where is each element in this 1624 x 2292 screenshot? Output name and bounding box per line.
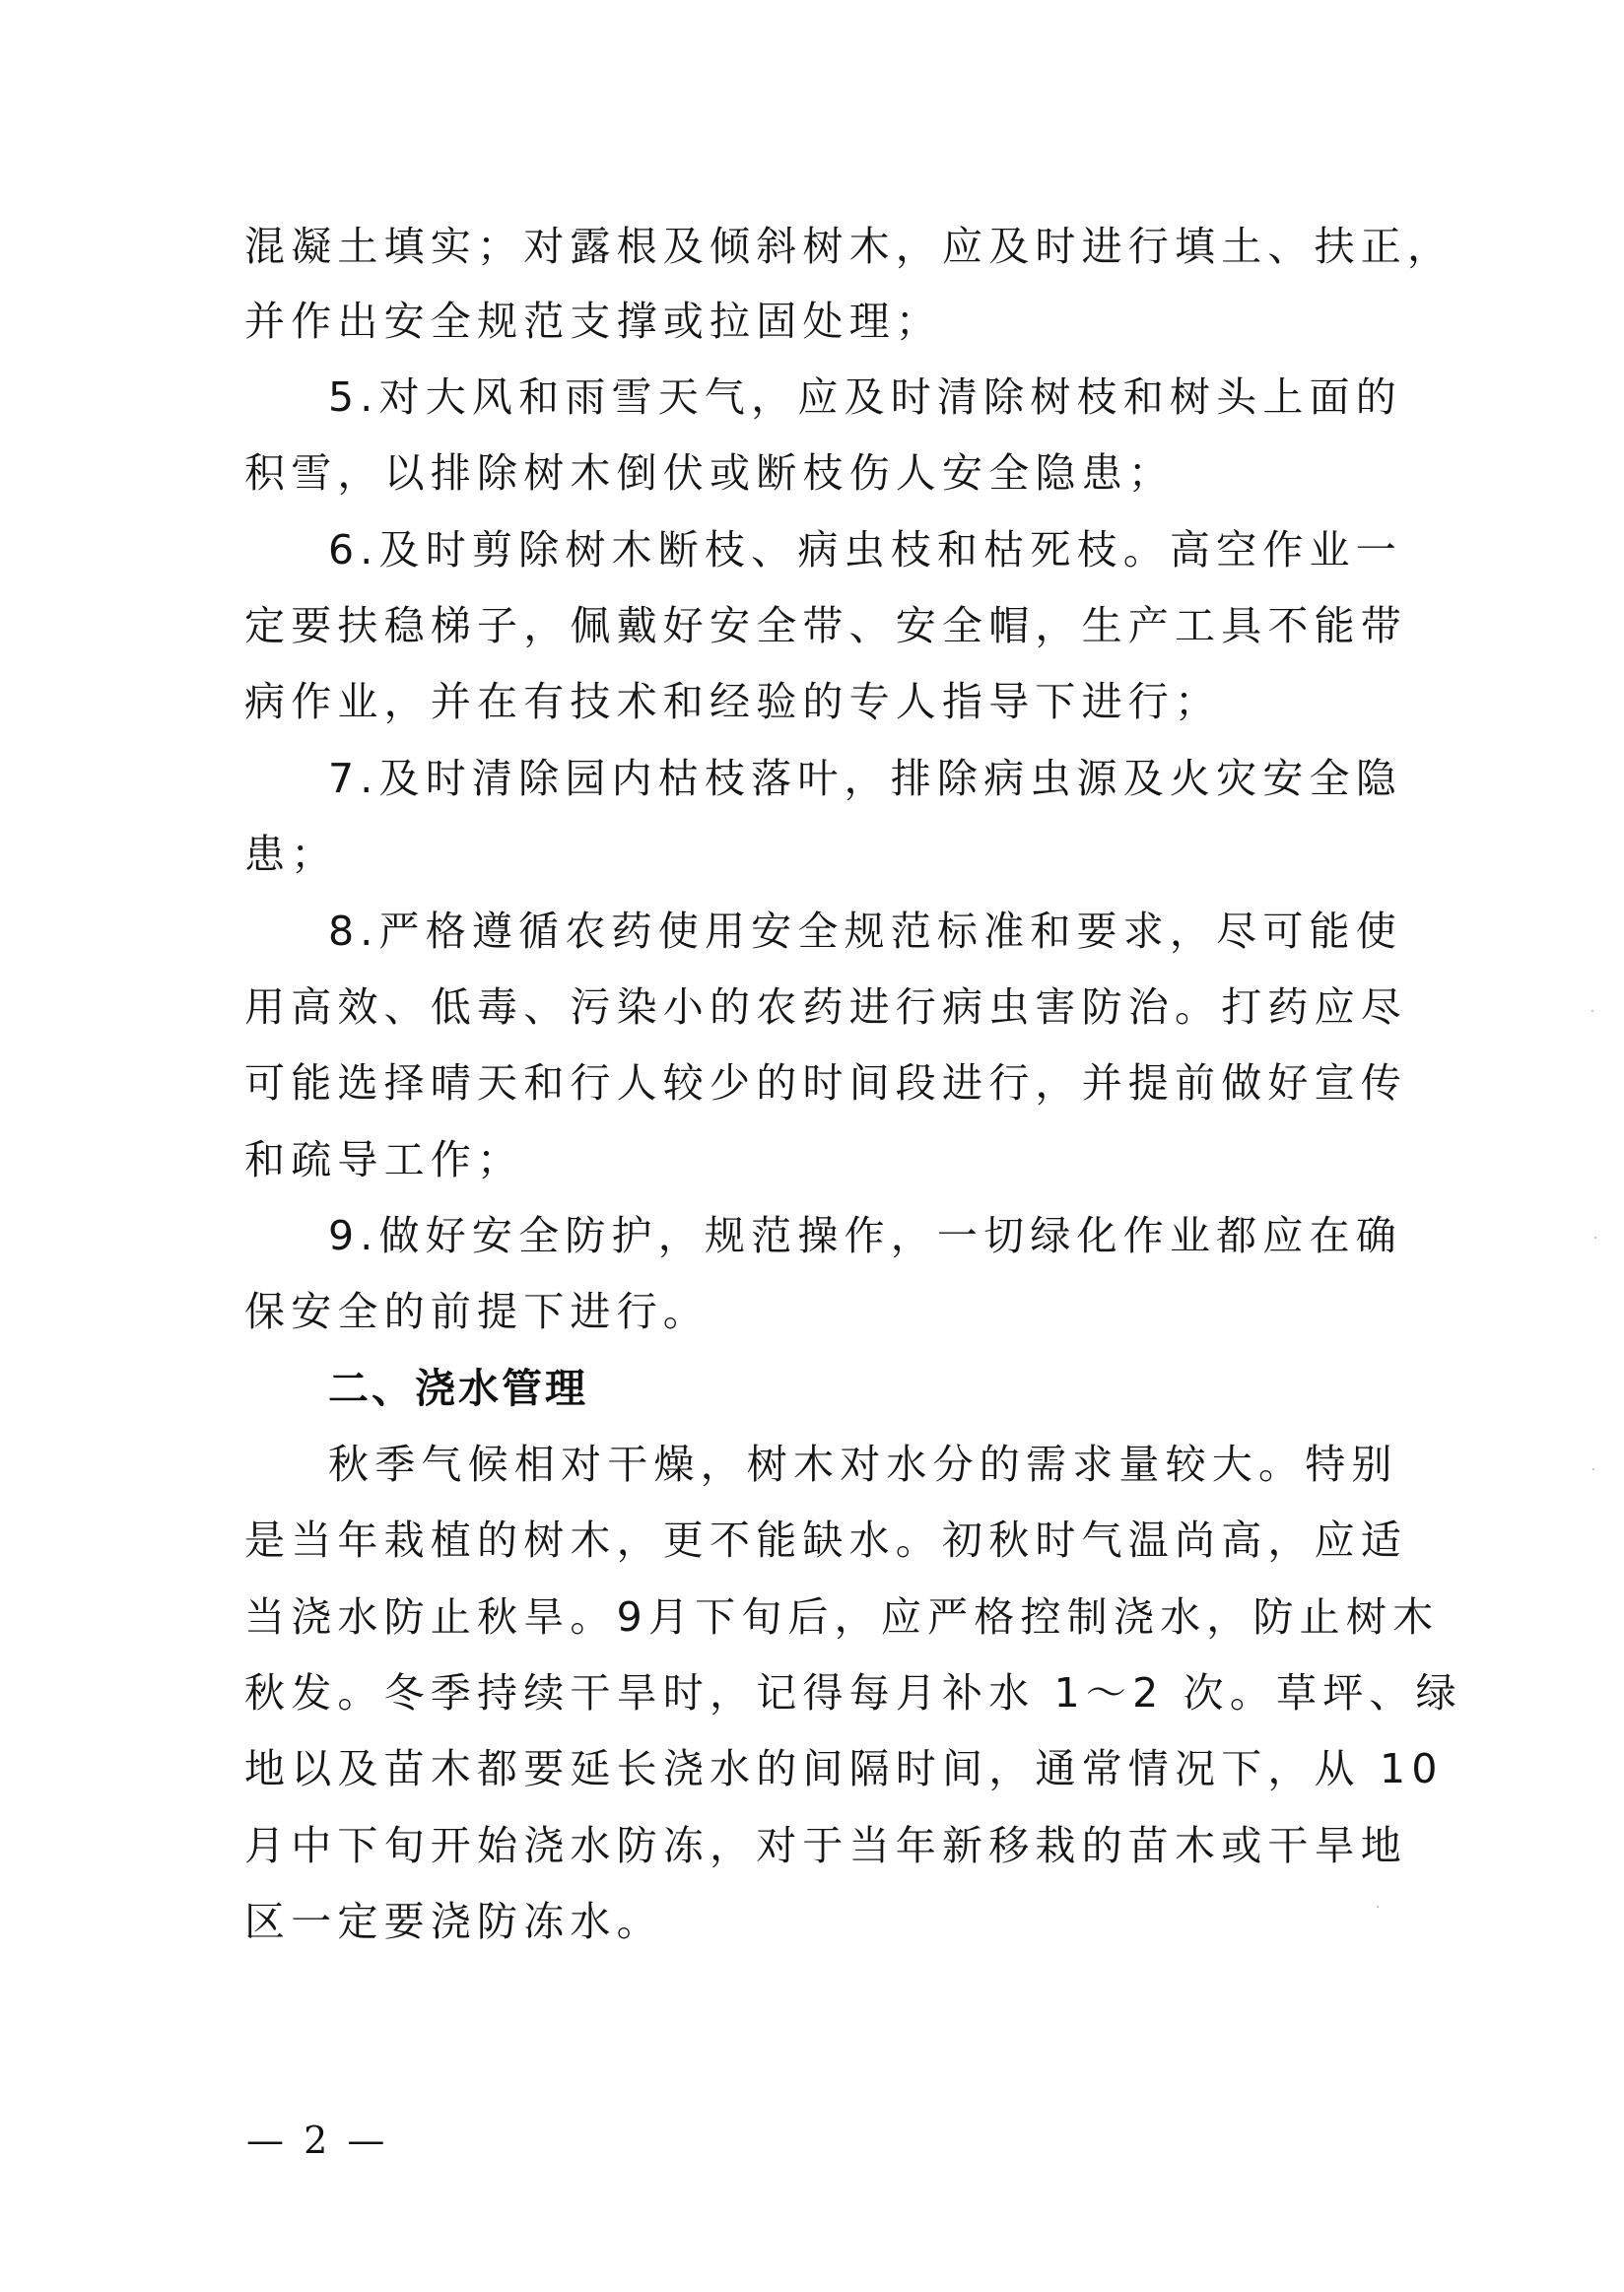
- text-line: 可能选择晴天和行人较少的时间段进行，并提前做好宣传: [244, 1055, 1407, 1111]
- text-line: 用高效、低毒、污染小的农药进行病虫害防治。打药应尽: [244, 979, 1407, 1035]
- scan-artifact: [1594, 1237, 1596, 1239]
- text-line: 病作业，并在有技术和经验的专人指导下进行；: [244, 674, 1221, 729]
- list-item-7: 7.及时清除园内枯枝落叶，排除病虫源及火灾安全隐: [328, 751, 1402, 806]
- list-item-5: 5.对大风和雨雪天气，应及时清除树枝和树头上面的: [328, 370, 1402, 425]
- document-page: 混凝土填实；对露根及倾斜树木，应及时进行填土、扶正， 并作出安全规范支撑或拉固处…: [0, 0, 1624, 2292]
- section-heading: 二、浇水管理: [328, 1361, 588, 1416]
- list-item-9: 9.做好安全防护，规范操作，一切绿化作业都应在确: [328, 1208, 1402, 1263]
- text-line: 月中下旬开始浇水防冻，对于当年新移栽的苗木或干旱地: [244, 1818, 1407, 1873]
- text-line: 定要扶稳梯子，佩戴好安全带、安全帽，生产工具不能带: [244, 598, 1407, 653]
- scan-artifact: [1377, 1906, 1379, 1908]
- text-line: 混凝土填实；对露根及倾斜树木，应及时进行填土、扶正，: [244, 219, 1454, 274]
- text-line: 积雪，以排除树木倒伏或断枝伤人安全隐患；: [244, 445, 1175, 501]
- text-line: 地以及苗木都要延长浇水的间隔时间，通常情况下，从 10: [244, 1741, 1444, 1796]
- text-line: 患；: [244, 827, 337, 882]
- text-line: 和疏导工作；: [244, 1132, 523, 1187]
- text-line: 并作出安全规范支撑或拉固处理；: [244, 294, 942, 349]
- page-number: — 2 —: [246, 2117, 388, 2164]
- paragraph-start: 秋季气候相对干燥，树木对水分的需求量较大。特别: [328, 1437, 1398, 1492]
- text-line: 秋发。冬季持续干旱时，记得每月补水 1～2 次。草坪、绿: [244, 1665, 1462, 1720]
- scan-artifact: [1591, 1010, 1593, 1012]
- text-line: 区一定要浇防冻水。: [244, 1894, 663, 1949]
- text-line: 保安全的前提下进行。: [244, 1284, 710, 1339]
- text-line: 当浇水防止秋旱。9月下旬后，应严格控制浇水，防止树木: [244, 1589, 1439, 1645]
- scan-artifact: [1592, 1468, 1594, 1470]
- text-line: 是当年栽植的树木，更不能缺水。初秋时气温尚高，应适: [244, 1513, 1407, 1568]
- list-item-8: 8.严格遵循农药使用安全规范标准和要求，尽可能使: [328, 904, 1402, 959]
- list-item-6: 6.及时剪除树木断枝、病虫枝和枯死枝。高空作业一: [328, 522, 1402, 577]
